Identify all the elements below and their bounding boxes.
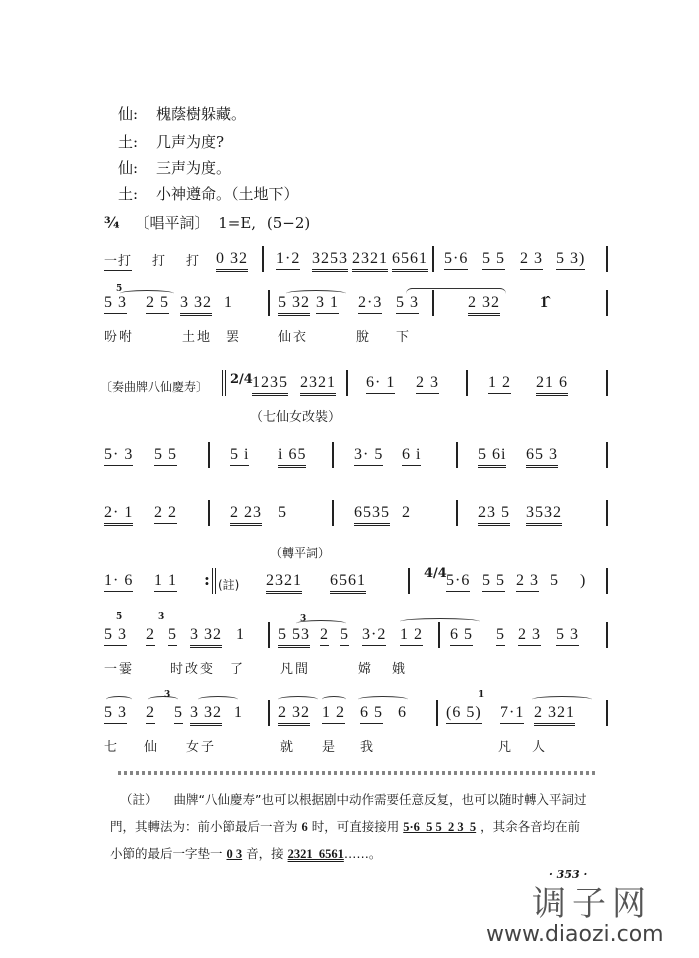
tuning: (5−2) bbox=[267, 214, 310, 232]
note-group: 5 bbox=[174, 704, 183, 724]
footnote-text: ，其余各音均在前 bbox=[480, 819, 580, 834]
time-signature: ¾ bbox=[104, 214, 120, 232]
score-row-8: 3 5 3 2 5 3 32 1 2 32 1 2 6 5 6 1 (6 5) … bbox=[100, 700, 612, 740]
barline bbox=[432, 246, 434, 272]
note-group: 5 3) bbox=[556, 250, 585, 270]
barline bbox=[432, 290, 434, 316]
barline bbox=[208, 500, 210, 526]
footnote-sequence: 2321 6561 bbox=[288, 847, 344, 861]
speaker: 仙: bbox=[118, 157, 138, 178]
lyric: 脫 bbox=[356, 326, 371, 345]
barline bbox=[436, 700, 438, 726]
barline bbox=[332, 442, 334, 468]
footnote-line-1: （註）曲牌“八仙慶寿”也可以根据剧中动作需要任意反复，也可以随时轉入平詞过 bbox=[110, 786, 620, 813]
lyric: 女子 bbox=[186, 736, 216, 755]
note-group: 2 3 bbox=[518, 626, 541, 646]
note-group: 2 bbox=[320, 626, 329, 646]
note-group: 21 6 bbox=[536, 374, 568, 396]
lyric: 罢 bbox=[226, 326, 241, 345]
footnote-sequence: 0 3 bbox=[227, 847, 243, 861]
note-group: 3 32 bbox=[190, 704, 222, 726]
watermark-title: 调子网 bbox=[532, 876, 652, 925]
note-with-fermata: 1̂ bbox=[540, 294, 549, 312]
score-row-3: 〔奏曲牌八仙慶寿〕 2/4 1235 2321 （七仙女改裝） 6· 1 2 3… bbox=[100, 370, 612, 410]
slur bbox=[278, 696, 318, 703]
note-group: 3·2 bbox=[362, 626, 386, 646]
lyric: 就 bbox=[280, 736, 295, 755]
barline bbox=[268, 700, 270, 726]
dialogue-text: 小神遵命。（土地下） bbox=[156, 183, 299, 204]
lyric: 人 bbox=[532, 736, 547, 755]
note-group: 1 1 bbox=[154, 572, 177, 592]
note-group: 23 5 bbox=[478, 504, 510, 526]
repeat-start-barline bbox=[222, 370, 223, 396]
footnote-line-3: 小節的最后一字垫一 0 3 音，接 2321 6561……。 bbox=[110, 840, 620, 868]
footnote-text: ……。 bbox=[344, 846, 382, 861]
note-group: 1 2 bbox=[400, 626, 423, 646]
note-group: 2321 bbox=[300, 374, 336, 396]
note-group: 2 3 bbox=[416, 374, 439, 394]
lyric: 凡 bbox=[498, 736, 513, 755]
lyric: 七 bbox=[104, 736, 119, 755]
score-row-1: 一打 打 打 0 32 1·2 3253 2321 6561 5·6 5 5 2… bbox=[100, 246, 612, 286]
note-group: 2 32 bbox=[278, 704, 310, 726]
note-group: 5 53 bbox=[278, 626, 310, 648]
barline bbox=[208, 442, 210, 468]
note-group: 3 1 bbox=[316, 294, 339, 314]
note-group: 2321 bbox=[352, 250, 388, 272]
barline bbox=[408, 568, 410, 594]
note-group: 1235 bbox=[252, 374, 288, 396]
repeat-start-barline bbox=[225, 370, 226, 396]
barline bbox=[606, 500, 608, 526]
lyric: 仙衣 bbox=[278, 326, 308, 345]
score-row-4: 5· 3 5 5 5 i i 65 3· 5 6 i 5 6i 65 3 bbox=[100, 442, 612, 482]
score-row-5: 2· 1 2 2 2 23 5 6535 2 23 5 3532 bbox=[100, 500, 612, 540]
slur bbox=[400, 618, 480, 625]
slur bbox=[198, 696, 238, 703]
note-group: 2 23 bbox=[230, 504, 262, 526]
note-group: i 65 bbox=[278, 446, 306, 468]
note-group: 5 32 bbox=[278, 294, 310, 316]
wavy-divider bbox=[118, 771, 596, 775]
note-group: 5 i bbox=[230, 446, 249, 466]
section-label: （轉平詞） bbox=[270, 544, 330, 561]
slur bbox=[358, 696, 408, 703]
note-group: 5 bbox=[550, 572, 559, 590]
dialogue-text: 槐蔭樹躲藏。 bbox=[156, 103, 246, 124]
barline bbox=[262, 246, 264, 272]
note-group: 5 bbox=[168, 626, 177, 646]
key-signature: 1=E, bbox=[218, 214, 256, 232]
lyric: 了 bbox=[230, 658, 245, 677]
note-group: 2 32 bbox=[468, 294, 500, 316]
note-group: 2 5 bbox=[146, 294, 169, 314]
barline bbox=[332, 500, 334, 526]
barline bbox=[606, 700, 608, 726]
note-group: 1 2 bbox=[488, 374, 511, 394]
note-group: 打 bbox=[186, 250, 200, 269]
note-group: 6535 bbox=[354, 504, 390, 526]
note-group: ) bbox=[580, 572, 586, 590]
lyric: 土地 bbox=[182, 326, 212, 345]
time-signature: 4/4 bbox=[424, 566, 447, 581]
note-group: 打 bbox=[152, 250, 166, 269]
slur bbox=[106, 696, 132, 703]
score-row-7: 5 3 3 5 3 2 5 3 32 1 5 53 2 5 3·2 1 2 6 … bbox=[100, 622, 612, 662]
lyric: 时改变 bbox=[170, 658, 215, 677]
slur bbox=[322, 696, 346, 703]
footnote-line-2: 門，其轉法为：前小節最后一音为 6 时，可直接接用 5·6 5 5 2 3 5 … bbox=[110, 813, 620, 841]
lyric: 是 bbox=[322, 736, 337, 755]
grace-note: 3 bbox=[164, 690, 170, 700]
stage-direction: （七仙女改裝） bbox=[250, 406, 341, 425]
note-group: 1 bbox=[224, 294, 233, 312]
watermark-url: www.diaozi.com bbox=[486, 922, 664, 947]
note-group: 5 5 bbox=[154, 446, 177, 466]
note-group: 1 bbox=[234, 704, 243, 722]
footnote-marker: (註) bbox=[218, 576, 239, 593]
barline bbox=[606, 290, 608, 316]
barline bbox=[606, 370, 608, 396]
footnote-marker: （註） bbox=[120, 792, 158, 807]
note-group: 2·3 bbox=[358, 294, 382, 314]
note-group: 2 2 bbox=[154, 504, 177, 524]
repeat-end-dots: : bbox=[204, 570, 210, 589]
note-group: 3532 bbox=[526, 504, 562, 526]
footnote-text: 音，接 bbox=[246, 846, 284, 861]
lyric: 吩咐 bbox=[104, 326, 134, 345]
speaker: 土: bbox=[118, 183, 138, 204]
grace-note: 1 bbox=[478, 690, 484, 700]
grace-note: 3 bbox=[158, 612, 164, 622]
dialogue-text: 三声为度。 bbox=[156, 157, 231, 178]
grace-note: 5 bbox=[116, 612, 122, 622]
note-group: 6 i bbox=[402, 446, 421, 466]
note-group: 5 3 bbox=[104, 704, 127, 724]
barline bbox=[456, 442, 458, 468]
note-group: 6561 bbox=[392, 250, 428, 272]
footnote-text: 曲牌“八仙慶寿”也可以根据剧中动作需要任意反复，也可以随时轉入平詞过 bbox=[174, 792, 587, 807]
barline bbox=[466, 370, 468, 396]
barline bbox=[606, 568, 608, 594]
lyric: 凡間 bbox=[280, 658, 310, 677]
note-group: 5 bbox=[278, 504, 287, 522]
note-group: 2321 bbox=[266, 572, 302, 594]
score-header: ¾ 〔唱平詞〕 1=E, (5−2) bbox=[104, 212, 310, 233]
note-group: 0 32 bbox=[216, 250, 248, 272]
note-group: 1 bbox=[236, 626, 245, 644]
repeat-end-barline bbox=[212, 568, 213, 594]
note-group: 5 5 bbox=[482, 250, 505, 270]
footnote-text: 門，其轉法为：前小節最后一音为 bbox=[110, 819, 298, 834]
lyric: 下 bbox=[396, 326, 411, 345]
note-group: 6 bbox=[398, 704, 407, 722]
note-group: 65 3 bbox=[526, 446, 558, 468]
note-group: 5 3 bbox=[396, 294, 419, 314]
note-group: 2· 1 bbox=[104, 504, 133, 526]
note-group: 5 3 bbox=[556, 626, 579, 646]
note-group: 3253 bbox=[312, 250, 348, 272]
note-group: 3 32 bbox=[190, 626, 222, 648]
footnote-sequence: 5·6 5 5 2 3 5 bbox=[403, 820, 476, 834]
note-group: 2 3 bbox=[516, 572, 539, 592]
mode-label: 〔唱平詞〕 bbox=[134, 214, 209, 232]
slur bbox=[532, 696, 592, 703]
footnote-text: 时，可直接接用 bbox=[312, 819, 400, 834]
note-group: 1·2 bbox=[276, 250, 300, 270]
time-signature: 2/4 bbox=[230, 372, 253, 387]
note-group: 6 5 bbox=[450, 626, 473, 646]
score-row-6: （轉平詞） 1· 6 1 1 : (註) 2321 6561 4/4 5·6 5… bbox=[100, 568, 612, 608]
note-group: 6561 bbox=[330, 572, 366, 594]
note-group: 5 5 bbox=[482, 572, 505, 592]
note-group: 5 bbox=[340, 626, 349, 646]
note-group: 6 5 bbox=[360, 704, 383, 724]
note-group: 5 bbox=[496, 626, 505, 646]
barline bbox=[456, 500, 458, 526]
speaker: 土: bbox=[118, 131, 138, 152]
score-row-2: 5 5 3 2 5 3 32 1 5 32 3 1 2·3 5 3 2 32 1… bbox=[100, 290, 612, 330]
speaker: 仙: bbox=[118, 103, 138, 124]
repeat-end-barline bbox=[215, 568, 216, 594]
note-group: 7·1 bbox=[500, 704, 524, 724]
note-group: 2 321 bbox=[534, 704, 575, 726]
section-label: 〔奏曲牌八仙慶寿〕 bbox=[100, 378, 208, 395]
note-group: 2 bbox=[402, 504, 411, 522]
note-group: 5·6 bbox=[444, 250, 468, 270]
note-group: 5 6i bbox=[478, 446, 506, 468]
lyric: 嫦 bbox=[358, 658, 373, 677]
barline bbox=[268, 622, 270, 648]
note-group: 1· 6 bbox=[104, 572, 133, 592]
note-group: 1 2 bbox=[322, 704, 345, 724]
note-group: 2 bbox=[146, 626, 155, 646]
footnote-text: 小節的最后一字垫一 bbox=[110, 846, 223, 861]
note-group: 5·6 bbox=[446, 572, 470, 592]
note-group: 3 32 bbox=[180, 294, 212, 316]
note-group: 3· 5 bbox=[354, 446, 383, 466]
slur bbox=[148, 696, 178, 703]
lyric: 我 bbox=[360, 736, 375, 755]
barline bbox=[346, 370, 348, 396]
note-group: 2 bbox=[146, 704, 155, 724]
barline bbox=[606, 442, 608, 468]
note-group: 5 3 bbox=[104, 294, 127, 314]
note-group: 一打 bbox=[104, 250, 132, 271]
barline bbox=[268, 290, 270, 316]
barline bbox=[438, 622, 440, 648]
note-group: 6· 1 bbox=[366, 374, 395, 394]
lyric: 仙 bbox=[144, 736, 159, 755]
dialogue-text: 几声为度? bbox=[156, 131, 224, 152]
barline bbox=[606, 622, 608, 648]
footnote-note: 6 bbox=[302, 820, 308, 834]
note-group: 5 3 bbox=[104, 626, 127, 646]
note-group: 5· 3 bbox=[104, 446, 133, 466]
note-group: (6 5) bbox=[446, 704, 482, 724]
note-group: 2 3 bbox=[520, 250, 543, 270]
lyric: 娥 bbox=[392, 658, 407, 677]
lyric: 一霎 bbox=[104, 658, 134, 677]
barline bbox=[606, 246, 608, 272]
